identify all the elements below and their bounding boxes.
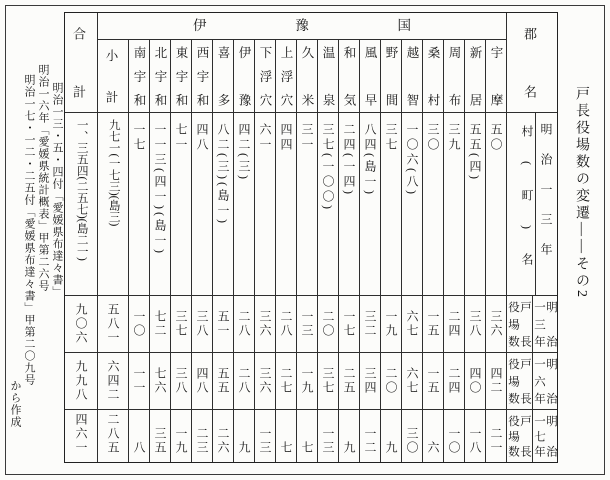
value-cell: 四八 <box>192 113 212 295</box>
source-notes: 明治一三・五・四付「愛媛県布達々書」 明治一六年「愛媛県統計概表」甲第二六号 明… <box>6 6 64 472</box>
value-cell: 三六 <box>255 296 275 352</box>
page-frame: 明治一三・五・四付「愛媛県布達々書」 明治一六年「愛媛県統計概表」甲第二六号 明… <box>5 5 605 475</box>
value-cell: 四二 <box>486 353 506 409</box>
value-cell: 三八 <box>192 296 212 352</box>
district-header: 久米 <box>297 40 317 112</box>
district-header: 新居 <box>465 40 485 112</box>
page-title: 戸長役場数の変遷――その2 <box>571 6 591 472</box>
subtotal-cell: 二八五 <box>98 410 128 462</box>
source-note: 明治一六年「愛媛県統計概表」甲第二六号 <box>36 6 50 472</box>
value-cell: 二八 <box>234 353 254 409</box>
value-cell: 一五 <box>423 296 443 352</box>
district-header: 喜多 <box>213 40 233 112</box>
value-cell: 二〇 <box>381 353 401 409</box>
value-cell: 四四 <box>276 113 296 295</box>
value-cell: 一〇 <box>129 296 149 352</box>
row-type-label: 戸長 役場数 <box>507 296 533 352</box>
value-cell: 三八 <box>171 353 191 409</box>
value-cell: 二四(一四) <box>339 113 359 295</box>
value-cell: 二六 <box>213 410 233 462</box>
value-cell: 一八 <box>465 410 485 462</box>
district-header: 野間 <box>381 40 401 112</box>
district-header: 温泉 <box>318 40 338 112</box>
value-cell: 六一 <box>255 113 275 295</box>
value-cell: 一七 <box>129 113 149 295</box>
value-cell: 三六 <box>255 353 275 409</box>
value-cell: 二三 <box>192 410 212 462</box>
row-type-label: 戸長 役場数 <box>507 353 533 409</box>
value-cell: 一二 <box>360 410 380 462</box>
value-cell: 二八 <box>234 296 254 352</box>
value-cell: 三〇 <box>423 113 443 295</box>
value-cell: 二八 <box>276 296 296 352</box>
district-header: 桑村 <box>423 40 443 112</box>
value-cell: 七 <box>276 410 296 462</box>
value-cell: 三八 <box>465 296 485 352</box>
value-cell: 五〇 <box>486 113 506 295</box>
value-cell: 四〇 <box>465 353 485 409</box>
row-label: 村(町)名 明治一三年 <box>507 113 557 295</box>
value-cell: 七六 <box>150 353 170 409</box>
subtotal-cell: 九七一(一七三)(島三) <box>98 113 128 295</box>
district-header: 南宇和 <box>129 40 149 112</box>
value-cell: 一五 <box>423 353 443 409</box>
value-cell: 五五(四) <box>465 113 485 295</box>
value-cell: 三四 <box>360 353 380 409</box>
title-area: 戸長役場数の変遷――その2 <box>558 6 604 472</box>
value-cell: 五一 <box>213 296 233 352</box>
value-cell: 一〇 <box>444 410 464 462</box>
statistics-table: 合計 伊豫国 郡名 小計 南宇和 北宇和 東宇和 西宇和 喜多 伊豫 下浮穴 上… <box>64 12 558 463</box>
value-cell: 九 <box>381 410 401 462</box>
value-cell: 三六 <box>486 296 506 352</box>
row-era-label: 明治 一六年 <box>533 353 557 409</box>
total-cell: 四六一 <box>65 410 97 462</box>
total-cell: 九〇六 <box>65 296 97 352</box>
row-type-label: 戸長 役場数 <box>507 410 533 462</box>
value-cell: 一七 <box>339 296 359 352</box>
value-cell: 四二(三) <box>234 113 254 295</box>
value-cell: 一一三(四一)(島一) <box>150 113 170 295</box>
district-header: 下浮穴 <box>255 40 275 112</box>
district-header: 伊豫 <box>234 40 254 112</box>
row-era-label: 明治 一七年 <box>533 410 557 462</box>
value-cell: 六七 <box>402 353 422 409</box>
value-cell: 八二(三)(島一) <box>213 113 233 295</box>
value-cell: 二四 <box>444 353 464 409</box>
row-label: 戸長 役場数 明治 一七年 <box>507 410 557 462</box>
value-cell: 二四 <box>444 296 464 352</box>
district-header: 上浮穴 <box>276 40 296 112</box>
row-type-label: 村(町)名 <box>507 113 536 295</box>
value-cell: 一九 <box>297 353 317 409</box>
value-cell: 三五 <box>150 410 170 462</box>
value-cell: 一三 <box>318 410 338 462</box>
value-cell: 二七 <box>276 353 296 409</box>
value-cell: 九 <box>339 410 359 462</box>
value-cell: 六 <box>423 410 443 462</box>
source-note: 明治一三・五・四付「愛媛県布達々書」 <box>50 6 64 472</box>
value-cell: 二五 <box>339 353 359 409</box>
province-banner: 伊豫国 <box>98 13 506 39</box>
district-header: 越智 <box>402 40 422 112</box>
district-header: 和気 <box>339 40 359 112</box>
value-cell: 三〇 <box>402 410 422 462</box>
value-cell: 一〇六(八) <box>402 113 422 295</box>
value-cell: 五五 <box>213 353 233 409</box>
value-cell: 七 <box>297 410 317 462</box>
gun-name-header: 郡名 <box>507 13 557 112</box>
value-cell: 二〇 <box>318 296 338 352</box>
value-cell: 三七(一〇〇) <box>318 113 338 295</box>
row-label: 戸長 役場数 明治 一六年 <box>507 353 557 409</box>
total-header: 合計 <box>65 13 97 112</box>
row-era-label: 明治一三年 <box>536 113 557 295</box>
district-header: 風早 <box>360 40 380 112</box>
value-cell: 六七 <box>402 296 422 352</box>
value-cell: 八四(島一) <box>360 113 380 295</box>
value-cell: 一一 <box>129 353 149 409</box>
scanned-page: 明治一三・五・四付「愛媛県布達々書」 明治一六年「愛媛県統計概表」甲第二六号 明… <box>0 0 610 480</box>
source-note-suffix: から作成 <box>8 6 22 472</box>
value-cell: 一三 <box>255 410 275 462</box>
value-cell: 九 <box>234 410 254 462</box>
total-cell: 一、三五四(二五七)(島二一) <box>65 113 97 295</box>
value-cell: 三一 <box>297 113 317 295</box>
value-cell: 四八 <box>192 353 212 409</box>
subtotal-cell: 五八一 <box>98 296 128 352</box>
value-cell: 八 <box>129 410 149 462</box>
value-cell: 二一 <box>486 410 506 462</box>
value-cell: 七一 <box>171 113 191 295</box>
subtotal-header: 小計 <box>98 40 128 112</box>
row-era-label: 明治 一三年 <box>533 296 557 352</box>
value-cell: 一九 <box>381 296 401 352</box>
subtotal-cell: 六四二 <box>98 353 128 409</box>
district-header: 宇摩 <box>486 40 506 112</box>
value-cell: 三七 <box>318 353 338 409</box>
value-cell: 三二 <box>360 296 380 352</box>
value-cell: 一九 <box>171 410 191 462</box>
district-header: 周布 <box>444 40 464 112</box>
total-cell: 九九八 <box>65 353 97 409</box>
district-header: 北宇和 <box>150 40 170 112</box>
district-header: 西宇和 <box>192 40 212 112</box>
value-cell: 七二 <box>150 296 170 352</box>
district-header: 東宇和 <box>171 40 191 112</box>
value-cell: 三七 <box>381 113 401 295</box>
value-cell: 一三 <box>297 296 317 352</box>
value-cell: 三七 <box>171 296 191 352</box>
row-label: 戸長 役場数 明治 一三年 <box>507 296 557 352</box>
value-cell: 三九 <box>444 113 464 295</box>
table-wrapper: 合計 伊豫国 郡名 小計 南宇和 北宇和 東宇和 西宇和 喜多 伊豫 下浮穴 上… <box>64 6 558 463</box>
source-note: 明治一七・一二・二五付「愛媛県布達々書」甲第二〇九号 <box>22 6 36 472</box>
